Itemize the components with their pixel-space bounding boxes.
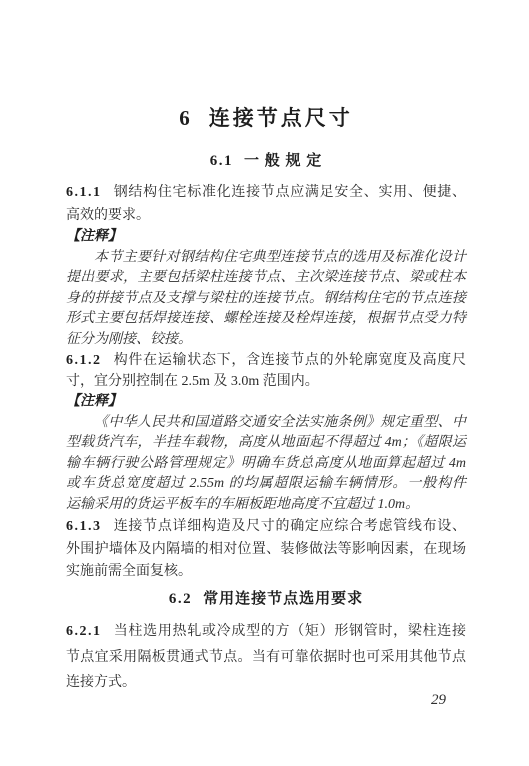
section-title: 常用连接节点选用要求 — [203, 591, 363, 607]
clause-line: 高效的要求。 — [66, 204, 466, 227]
clause-6-1-3: 6.1.3 连接节点详细构造及尺寸的确定应综合考虑管线布设、 外围护墙体及内隔墙… — [66, 516, 466, 584]
clause-text: 连接节点详细构造及尺寸的确定应综合考虑管线布设、 — [114, 519, 466, 534]
section-number: 6.2 — [169, 591, 192, 607]
clause-text: 钢结构住宅标准化连接节点应满足安全、实用、便捷、 — [114, 185, 466, 200]
clause-line: 6.2.1 当柱选用热轧或冷成型的方（矩）形钢管时，梁柱连接 — [66, 619, 466, 645]
clause-line: 6.1.3 连接节点详细构造及尺寸的确定应综合考虑管线布设、 — [66, 516, 466, 539]
clause-6-1-1: 6.1.1 钢结构住宅标准化连接节点应满足安全、实用、便捷、 高效的要求。 — [66, 181, 466, 227]
clause-number: 6.1.2 — [66, 353, 102, 368]
note-line: 输车辆行驶公路管理规定》明确车货总高度从地面算起超过 4m — [66, 454, 466, 475]
clause-text: 当柱选用热轧或冷成型的方（矩）形钢管时，梁柱连接 — [114, 624, 466, 639]
note-line: 身的拼接节点及支撑与梁柱的连接节点。钢结构住宅的节点连接 — [66, 289, 466, 310]
clause-line: 寸，宜分别控制在 2.5m 及 3.0m 范围内。 — [66, 371, 466, 392]
note-line: 形式主要包括焊接连接、螺栓连接及栓焊连接，根据节点受力特 — [66, 309, 466, 330]
section-title: 一 般 规 定 — [244, 153, 322, 169]
clause-6-2-1: 6.2.1 当柱选用热轧或冷成型的方（矩）形钢管时，梁柱连接 节点宜采用隔板贯通… — [66, 619, 466, 696]
note-line: 本节主要针对钢结构住宅典型连接节点的选用及标准化设计 — [66, 248, 466, 269]
clause-line: 外围护墙体及内隔墙的相对位置、装修做法等影响因素，在现场 — [66, 539, 466, 562]
clause-6-1-2: 6.1.2 构件在运输状态下，含连接节点的外轮廓宽度及高度尺 寸，宜分别控制在 … — [66, 350, 466, 392]
chapter-title: 6连接节点尺寸 — [66, 102, 466, 134]
note-block-2: 【注释】 《中华人民共和国道路交通安全法实施条例》规定重型、中 型载货汽车，半挂… — [66, 392, 466, 515]
section-heading-6-2: 6.2常用连接节点选用要求 — [66, 589, 466, 609]
section-heading-6-1: 6.1一 般 规 定 — [66, 151, 466, 171]
clause-line: 6.1.1 钢结构住宅标准化连接节点应满足安全、实用、便捷、 — [66, 181, 466, 204]
clause-number: 6.1.3 — [66, 519, 102, 534]
note-line: 提出要求，主要包括梁柱连接节点、主次梁连接节点、梁或柱本 — [66, 268, 466, 289]
note-label: 【注释】 — [66, 227, 466, 248]
note-line: 运输采用的货运平板车的车厢板距地高度不宜超过 1.0m。 — [66, 495, 466, 516]
note-line: 型载货汽车，半挂车载物，高度从地面起不得超过 4m；《超限运 — [66, 433, 466, 454]
document-page: 6连接节点尺寸 6.1一 般 规 定 6.1.1 钢结构住宅标准化连接节点应满足… — [0, 0, 529, 766]
clause-line: 实施前需全面复核。 — [66, 561, 466, 584]
clause-number: 6.2.1 — [66, 624, 102, 639]
chapter-title-text: 连接节点尺寸 — [209, 106, 353, 130]
clause-number: 6.1.1 — [66, 185, 102, 200]
chapter-number: 6 — [179, 106, 191, 130]
note-line: 或车货总宽度超过 2.55m 的均属超限运输车辆情形。一般构件 — [66, 474, 466, 495]
note-block-1: 【注释】 本节主要针对钢结构住宅典型连接节点的选用及标准化设计 提出要求，主要包… — [66, 227, 466, 350]
clause-line: 节点宜采用隔板贯通式节点。当有可靠依据时也可采用其他节点 — [66, 645, 466, 671]
note-line: 《中华人民共和国道路交通安全法实施条例》规定重型、中 — [66, 413, 466, 434]
section-number: 6.1 — [210, 153, 233, 169]
page-number: 29 — [66, 691, 466, 709]
note-line: 征分为刚接、铰接。 — [66, 330, 466, 351]
clause-line: 6.1.2 构件在运输状态下，含连接节点的外轮廓宽度及高度尺 — [66, 350, 466, 371]
note-label: 【注释】 — [66, 392, 466, 413]
clause-text: 构件在运输状态下，含连接节点的外轮廓宽度及高度尺 — [114, 353, 466, 368]
